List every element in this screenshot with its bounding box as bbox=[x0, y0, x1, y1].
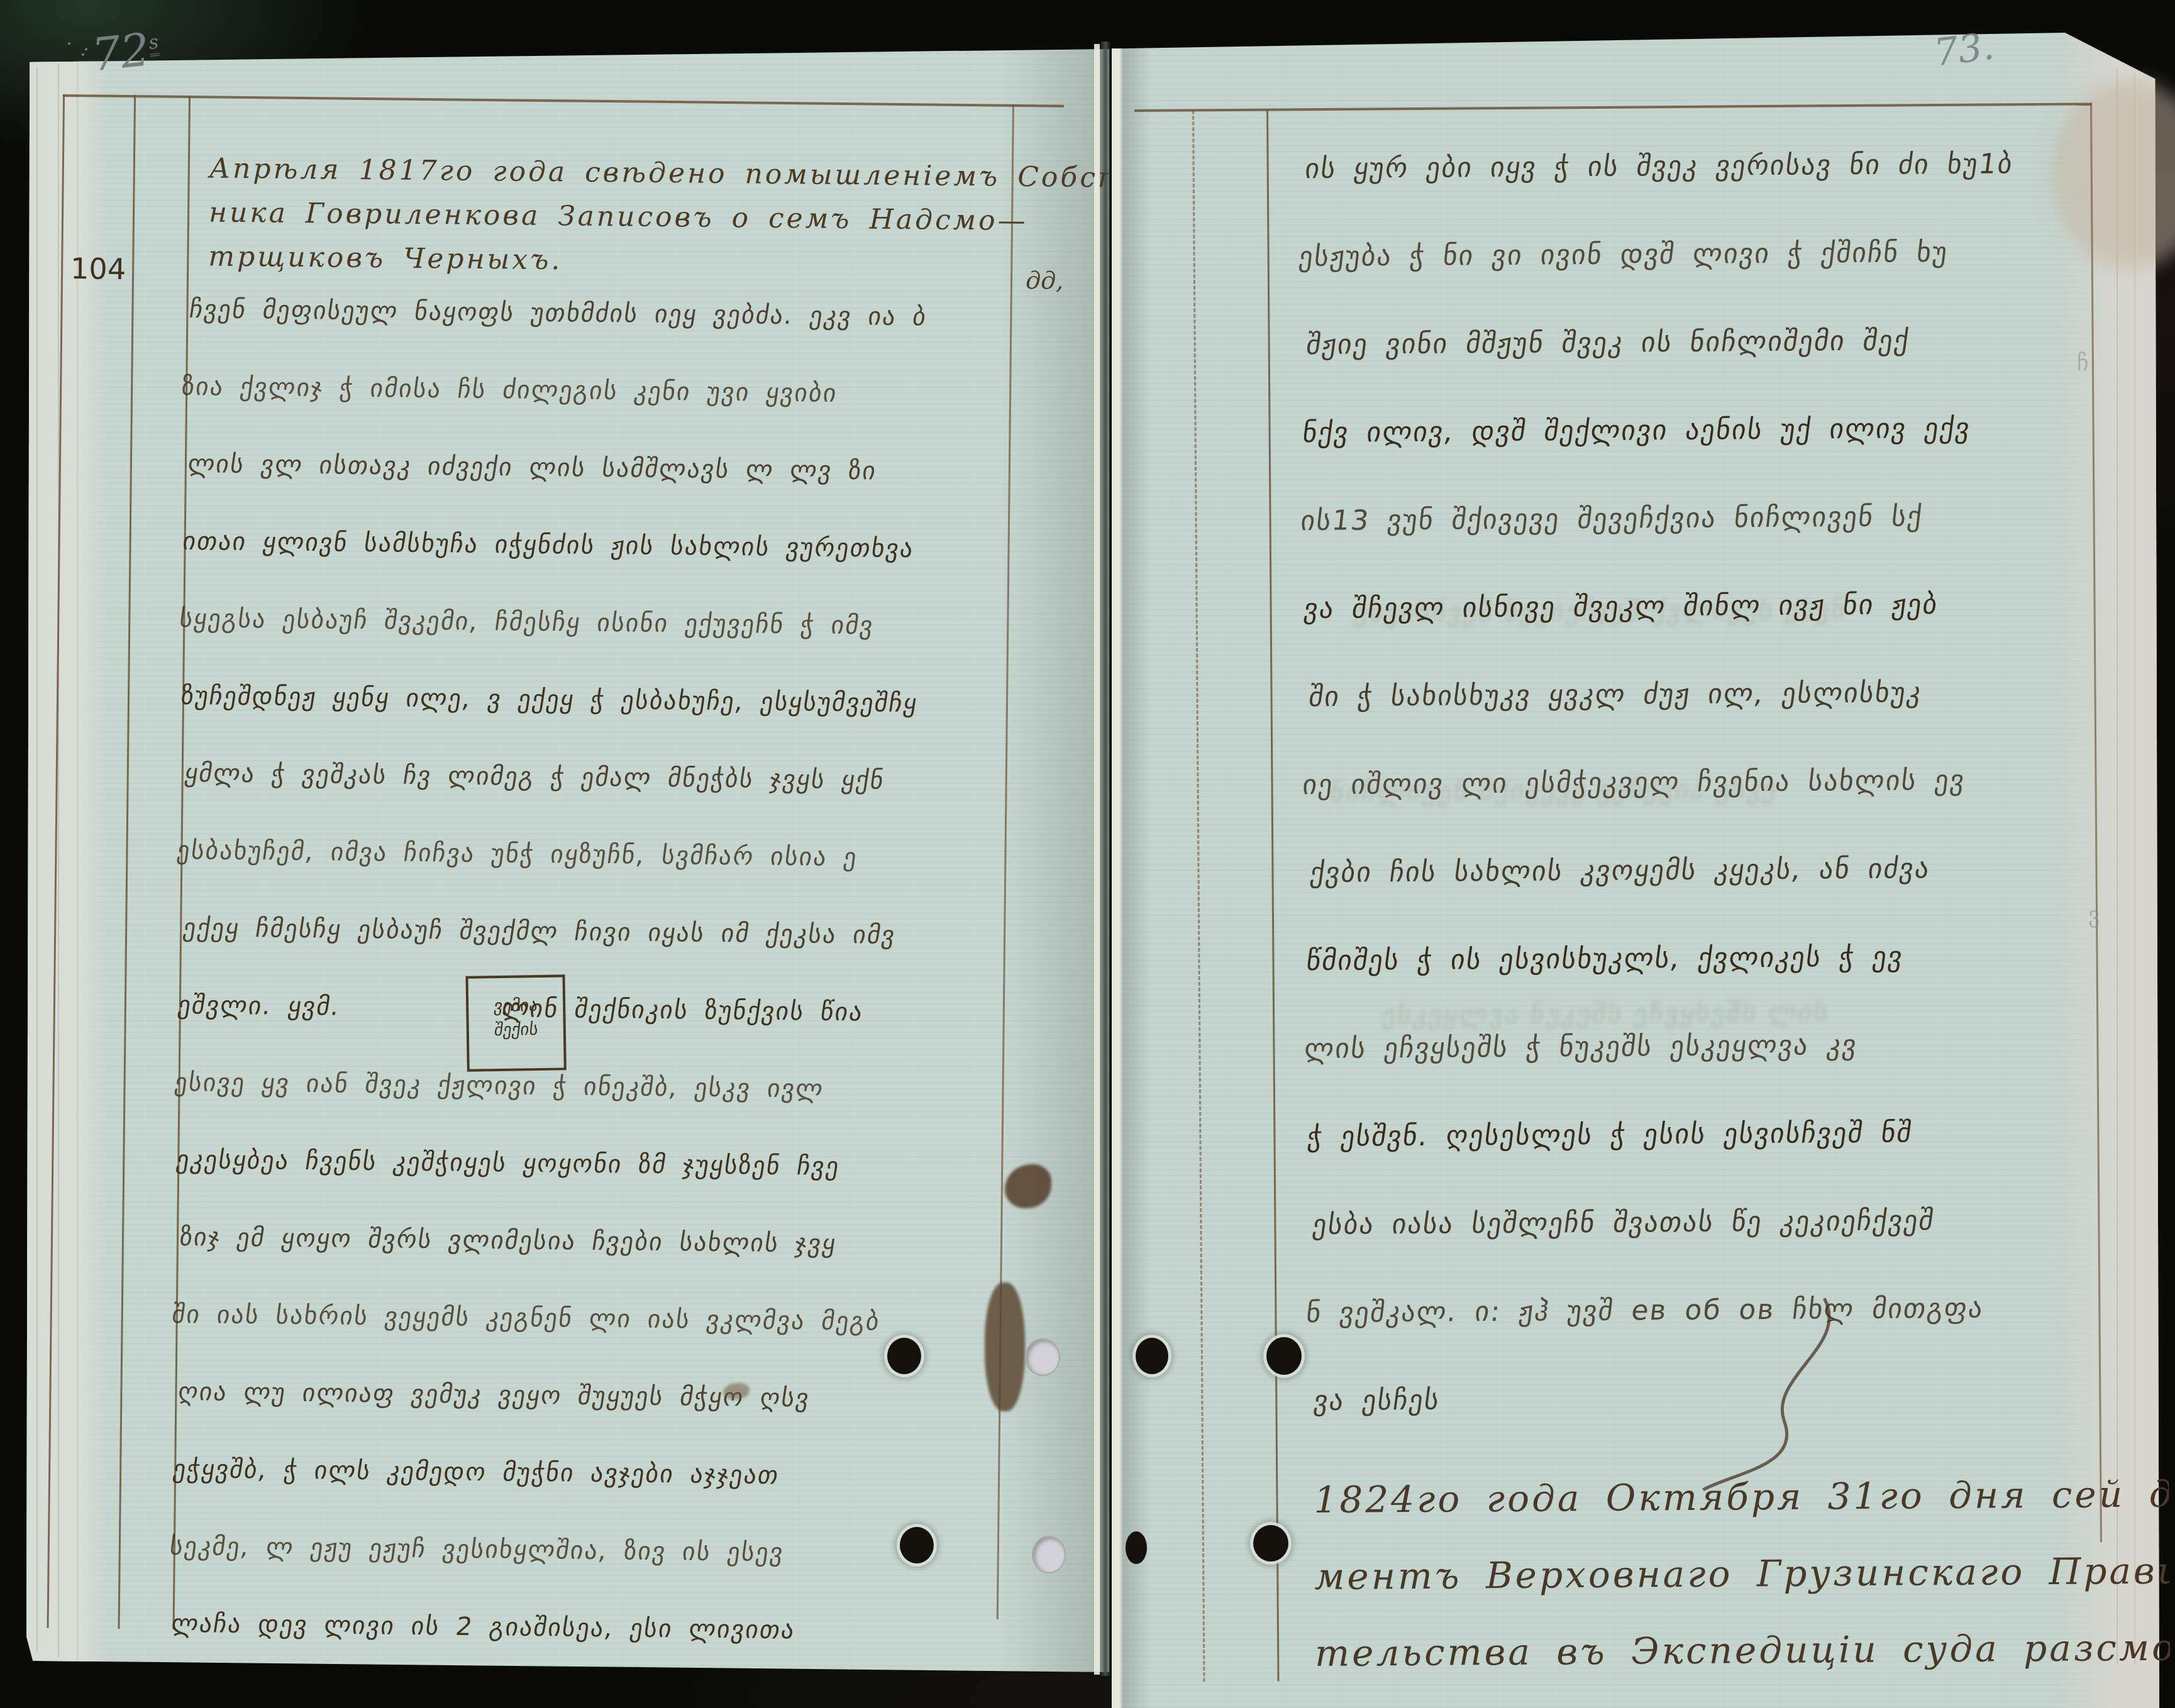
embossed-hole bbox=[1025, 1338, 1060, 1376]
handwritten-line: წმიშეს ჭ ის ესვისხუკლს, ქვლიკეს ჭ ევ bbox=[1300, 912, 2123, 1005]
russian-line: тельства въ Экспедицiи суда разсмотрѣ bbox=[1315, 1609, 2145, 1692]
handwritten-line: ნქვ ილივ, დვშ შექლივი აენის უქ ილივ ექვ bbox=[1297, 383, 2120, 477]
ruling-line-vertical bbox=[118, 95, 136, 1629]
punch-hole bbox=[1136, 1338, 1168, 1374]
handwritten-line: შჟიე ვინი მშჟუნ შვეკ ის ნიჩლიშემი შექ bbox=[1300, 295, 2123, 389]
handwritten-line: ჩვენ მეფისეულ ნაყოფს უთხმძის იეყ ვებძა. … bbox=[184, 271, 1056, 357]
ruling-line-vertical-dashed bbox=[1192, 110, 1205, 1682]
handwritten-line: ზიჯ ემ ყოყო შვრს ვლიმესია ჩვები სახლის ჯ… bbox=[174, 1199, 1047, 1285]
folio-number-mark: s bbox=[148, 31, 160, 57]
handwritten-line: ეკესყბეა ჩვენს კეშჭიყეს ყოყონი ზმ ჯუყსზე… bbox=[170, 1121, 1043, 1208]
punch-hole bbox=[1253, 1525, 1288, 1562]
boxed-note-line: შექის bbox=[467, 1017, 565, 1042]
handwritten-line: ითაი ყლივნ სამსხუჩა იჭყნძის ჟის სახლის ვ… bbox=[177, 503, 1049, 589]
handwritten-line: ქვბი ჩის სახლის კვოყემს კყეკს, ან იძვა bbox=[1304, 824, 2127, 917]
folio-number-value: 72 bbox=[89, 23, 152, 81]
right-page-content: ესვისჩვეშ ნეკიეჩჯეშ ქვლიკეს ესვნ ნიჩლივე… bbox=[1111, 23, 2171, 1708]
russian-line: ментъ Верховнаго Грузинскаго Прави bbox=[1314, 1533, 2145, 1615]
left-page-content: Апрѣля 1817го года свѣдено помышленіемъ … bbox=[10, 48, 1110, 1683]
manuscript-scan: Апрѣля 1817го года свѣдено помышленіемъ … bbox=[0, 0, 2175, 1708]
handwritten-line: ყმლა ჭ ვეშკას ჩვ ლიმეგ ჭ ემალ მნეჭბს ჯვყ… bbox=[179, 735, 1051, 821]
pencil-scribble: ჩ bbox=[2077, 350, 2089, 376]
ruling-line-top bbox=[63, 94, 1064, 107]
body-text-georgian: ჩვენ მეფისეულ ნაყოფს უთხმძის იეყ ვებძა. … bbox=[171, 235, 1048, 1672]
ink-smear bbox=[985, 1282, 1025, 1411]
handwritten-line: ზია ქვლიჯ ჭ იმისა ჩს ძილეგის კენი უვი ყვ… bbox=[177, 348, 1048, 434]
ruling-line-vertical bbox=[47, 94, 65, 1628]
handwritten-line: ის ყურ ები იყვ ჭ ის შვეკ ვერისავ ნი ძი ხ… bbox=[1299, 119, 2122, 213]
handwritten-line: ეშვლი. ყვმ. ლინ შექნიკის ზუნქვის წია bbox=[172, 967, 1045, 1053]
handwritten-line: ესბახუჩემ, იმვა ჩიჩვა უნჭ იყზუჩნ, სვმჩარ… bbox=[172, 812, 1043, 898]
punch-hole bbox=[1266, 1337, 1302, 1375]
handwritten-line: ჭ ესშვნ. ღესესლეს ჭ ესის ესვისჩვეშ ნშ bbox=[1302, 1088, 2125, 1181]
margin-entry-number: 104 bbox=[64, 251, 133, 286]
boxed-insertion-note: ვემია შექის bbox=[465, 974, 566, 1071]
punch-hole-partial bbox=[1126, 1531, 1147, 1564]
handwritten-line: იე იშლივ ლი ესმჭეკველ ჩვენია სახლის ევ bbox=[1297, 736, 2118, 829]
punch-hole bbox=[887, 1338, 921, 1374]
handwritten-line: ში ჭ სახისხუკვ ყვკლ ძუჟ ილ, ესლისხუკ bbox=[1303, 647, 2126, 741]
handwritten-line: ექეყ ჩმესჩყ ესბაუჩ შვექმლ ჩივი იყას იმ ქ… bbox=[177, 890, 1050, 976]
handwritten-line: ლაჩა დევ ლივი ის 2 გიაშისეა, ესი ლივითა bbox=[165, 1585, 1038, 1672]
embossed-hole bbox=[1032, 1536, 1066, 1573]
boxed-note-line: ვემია bbox=[467, 993, 565, 1018]
handwritten-line: სყეგსა ესბაუჩ შვკემი, ჩმესჩყ ისინი ექუვე… bbox=[174, 580, 1046, 666]
handwritten-line: ვა შჩევლ ისნივე შვეკლ შინლ ივჟ ნი ჟებ bbox=[1298, 559, 2121, 653]
pencil-scribble: ვ bbox=[2088, 902, 2100, 928]
handwritten-line: ლის ეჩვყსეშს ჭ ნუკეშს ესკეყლვა კვ bbox=[1299, 1000, 2120, 1093]
handwritten-line: ლის ვლ ისთავკ იძვექი ლის სამშლავს ლ ლვ ზ… bbox=[182, 426, 1055, 512]
handwritten-line: ესბა იასა სეშლეჩნ შვათას წე კეკიეჩქვეშ bbox=[1307, 1176, 2130, 1269]
ruling-line-vertical bbox=[1266, 110, 1279, 1682]
pen-flourish bbox=[1667, 1289, 1857, 1497]
folio-number-left: 72s bbox=[89, 22, 162, 82]
handwritten-line: ესჟუბა ჭ ნი ვი ივინ დვშ ლივი ჭ ქშიჩნ ხუ bbox=[1294, 207, 2115, 301]
body-text-georgian: ის ყურ ები იყვ ჭ ის შვეკ ვერისავ ნი ძი ხ… bbox=[1300, 84, 2121, 1445]
punch-hole bbox=[900, 1527, 934, 1563]
handwritten-line: ეჭყვშბ, ჭ ილს კემედო მუჭნი ავჯები აჯჯეათ bbox=[167, 1431, 1040, 1517]
handwritten-line: ესივე ყვ იან შვეკ ქჟლივი ჭ ინეკშბ, ესკვ … bbox=[169, 1044, 1041, 1130]
handwritten-line: ის13 ვუნ შქივევე შევეჩქვია ნიჩლივენ სქ bbox=[1296, 471, 2117, 565]
handwritten-line: ზუჩეშდნეჟ ყენყ ილე, ვ ექეყ ჭ ესბახუჩე, ე… bbox=[175, 658, 1048, 744]
folio-number-right: 73. bbox=[1932, 24, 1996, 75]
